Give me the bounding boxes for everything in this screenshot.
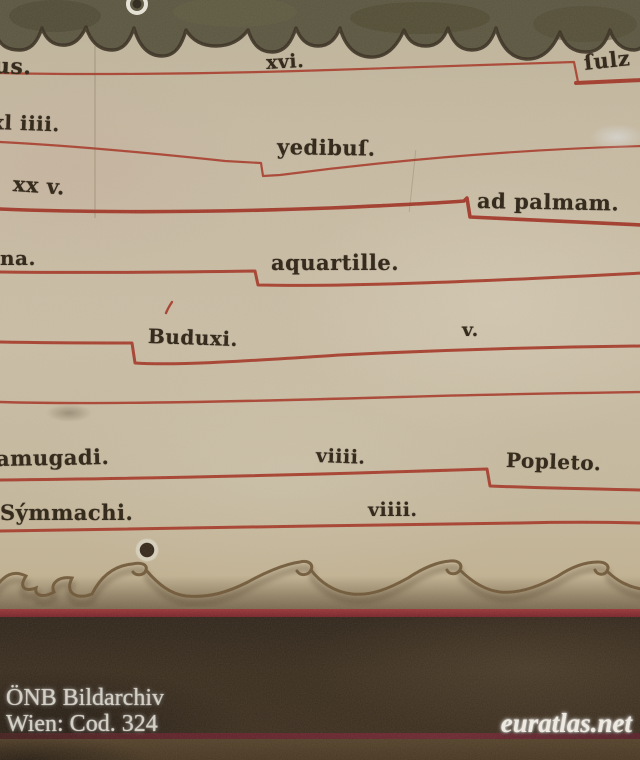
map-label-row7-distance: viiii. (368, 499, 418, 521)
map-label-row2-distance: xl iiii. (0, 110, 60, 136)
road-line-row1-right (576, 80, 640, 83)
map-label-row5-distance: v. (462, 319, 479, 341)
map-label-row7-left: Sýmmachi. (0, 500, 133, 525)
frame-red-stripe (0, 609, 640, 617)
road-line-row5 (0, 342, 640, 364)
archive-credit: ÖNB Bildarchiv Wien: Cod. 324 (6, 686, 164, 738)
map-label-row1-right: ſulz (583, 45, 632, 75)
map-label-row3-distance: xx v. (12, 171, 66, 200)
map-label-row6-distance: viiii. (316, 445, 366, 469)
map-label-row3-station: ad palmam. (477, 188, 620, 215)
archive-credit-line1: ÖNB Bildarchiv (6, 686, 164, 712)
parchment-crease (94, 46, 96, 218)
road-tick (166, 302, 172, 313)
euratlas-watermark: euratlas.net (501, 708, 632, 739)
manuscript-top-border (0, 0, 640, 70)
map-label-row6-station: Popleto. (506, 448, 602, 475)
frame-bottom-strip (0, 739, 640, 760)
parchment-stain (590, 124, 640, 150)
manuscript-photo: us. xvi. ſulz xl iiii. yedibuſ. xx v. ad… (0, 0, 640, 760)
map-label-row1-distance: xvi. (265, 50, 304, 74)
map-label-row6-left: amugadi. (0, 444, 110, 471)
map-label-row4-left: na. (0, 246, 36, 270)
road-lines (0, 0, 640, 560)
road-line-row6 (0, 392, 640, 403)
map-label-row2-station: yedibuſ. (277, 134, 376, 161)
archive-credit-line2: Wien: Cod. 324 (6, 712, 164, 738)
map-label-row1-left: us. (0, 53, 32, 80)
map-label-row4-station: aquartille. (271, 250, 399, 275)
map-label-row5-station: Buduxi. (148, 324, 239, 351)
parchment-blotch (46, 404, 92, 422)
